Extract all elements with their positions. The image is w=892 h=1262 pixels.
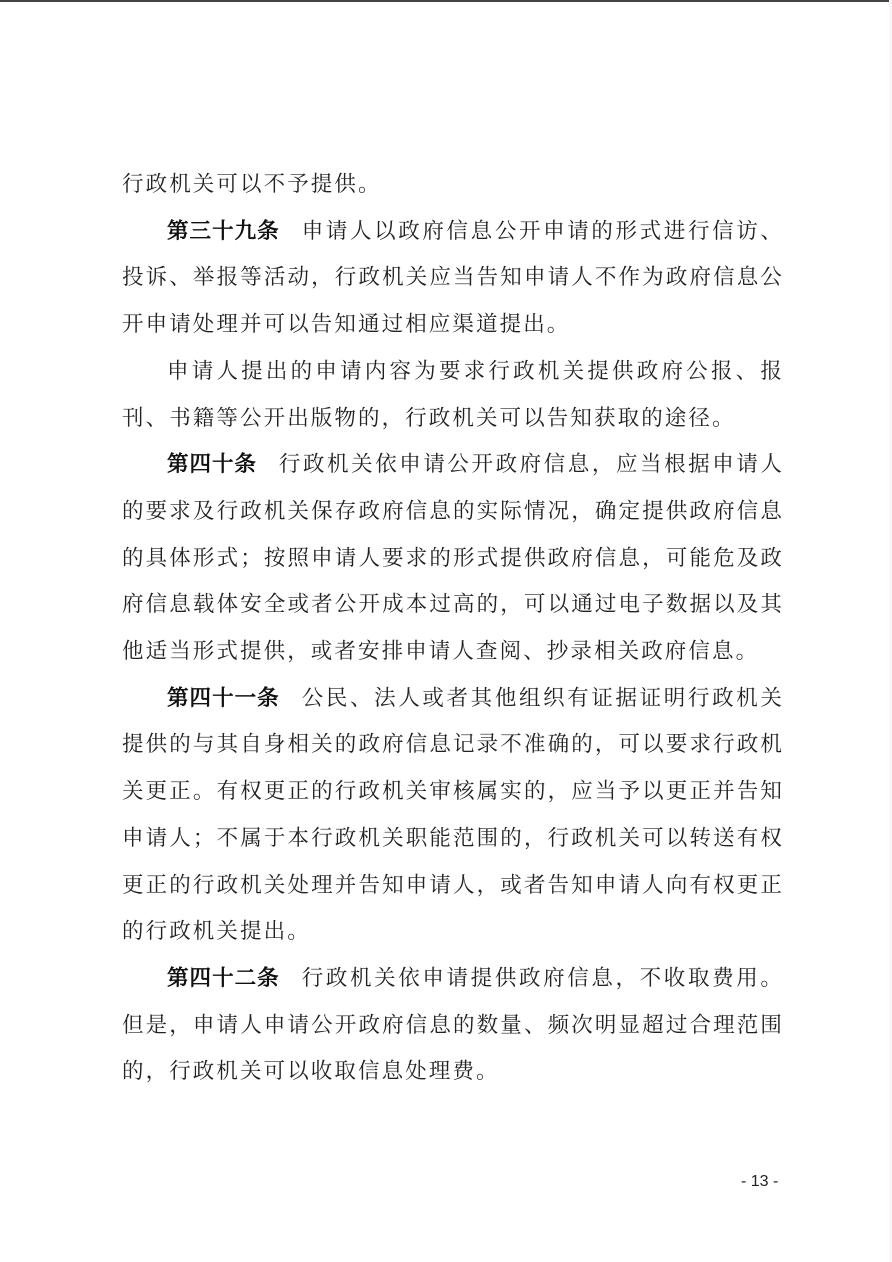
page-number: - 13 - <box>741 1173 778 1191</box>
paragraph-continuation: 行政机关可以不予提供。 <box>122 162 784 209</box>
top-border-line <box>0 0 892 2</box>
article-heading: 第四十条 <box>167 452 257 477</box>
article-heading: 第四十二条 <box>167 966 280 991</box>
paragraph-text: 行政机关可以不予提供。 <box>122 172 382 197</box>
paragraph-text: 公民、法人或者其他组织有证据证明行政机关提供的与其自身相关的政府信息记录不准确的… <box>122 686 784 945</box>
article-39-paragraph-2: 申请人提出的申请内容为要求行政机关提供政府公报、报刊、书籍等公开出版物的，行政机… <box>122 349 784 442</box>
article-heading: 第四十一条 <box>167 686 280 711</box>
article-heading: 第三十九条 <box>167 219 280 244</box>
article-39: 第三十九条申请人以政府信息公开申请的形式进行信访、投诉、举报等活动，行政机关应当… <box>122 209 784 349</box>
paragraph-text: 申请人提出的申请内容为要求行政机关提供政府公报、报刊、书籍等公开出版物的，行政机… <box>122 359 784 431</box>
article-40: 第四十条行政机关依申请公开政府信息，应当根据申请人的要求及行政机关保存政府信息的… <box>122 442 784 676</box>
article-41: 第四十一条公民、法人或者其他组织有证据证明行政机关提供的与其自身相关的政府信息记… <box>122 676 784 956</box>
article-42: 第四十二条行政机关依申请提供政府信息，不收取费用。但是，申请人申请公开政府信息的… <box>122 956 784 1096</box>
paragraph-text: 行政机关依申请公开政府信息，应当根据申请人的要求及行政机关保存政府信息的实际情况… <box>122 452 784 664</box>
document-body: 行政机关可以不予提供。 第三十九条申请人以政府信息公开申请的形式进行信访、投诉、… <box>122 162 784 1096</box>
